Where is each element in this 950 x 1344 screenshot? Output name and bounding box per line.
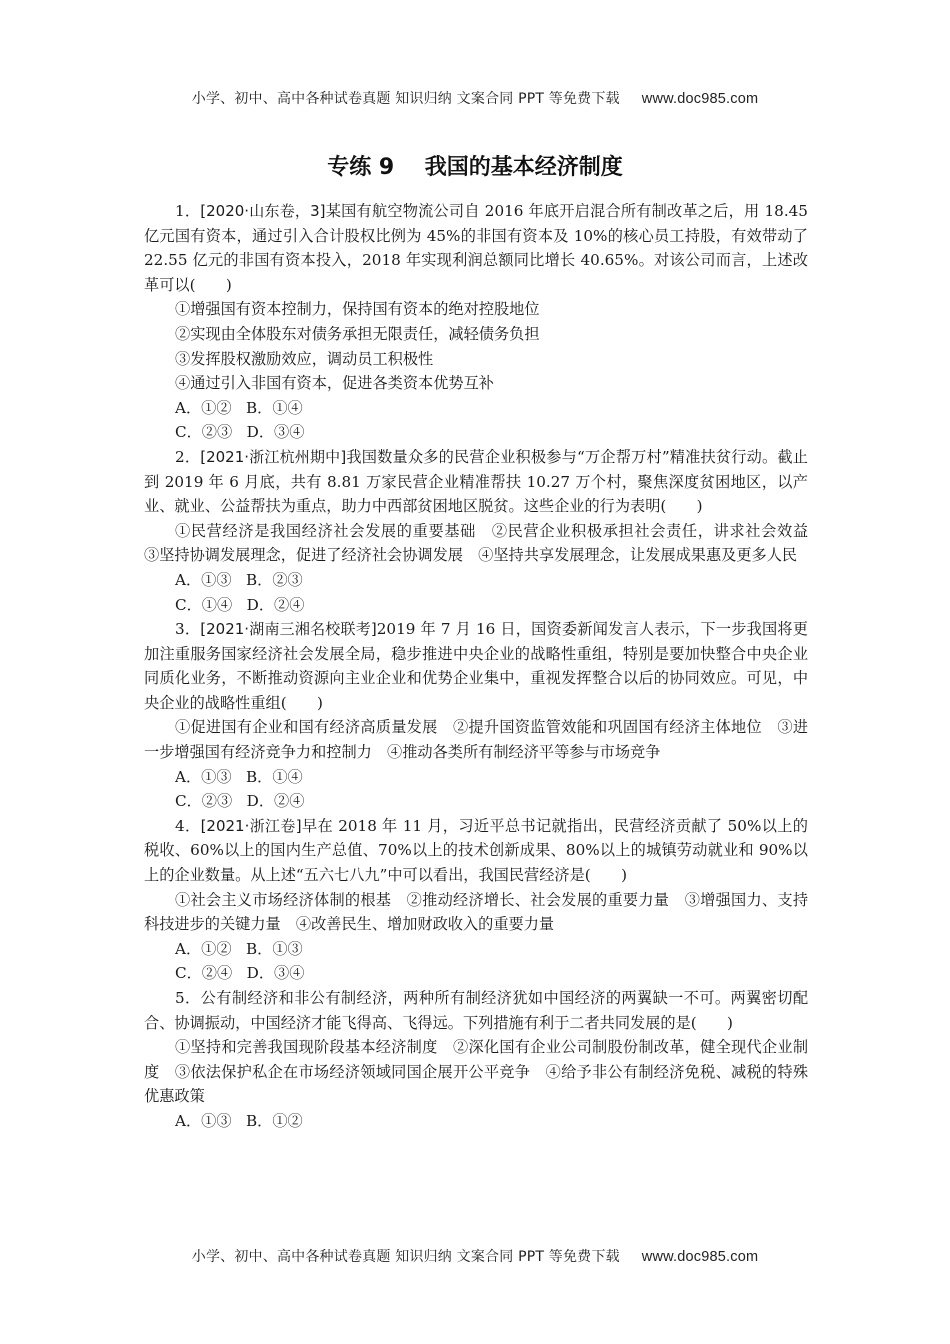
answer-choices-row: A．①③ B．①② (144, 1109, 808, 1134)
question-stem: 5．公有制经济和非公有制经济，两种所有制经济犹如中国经济的两翼缺一不可。两翼密切… (144, 986, 808, 1035)
question-source: [2020·山东卷，3] (200, 202, 325, 220)
question-2: 2．[2021·浙江杭州期中]我国数量众多的民营企业积极参与“万企帮万村”精准扶… (144, 445, 808, 617)
question-stem: 4．[2021·浙江卷]早在 2018 年 11 月，习近平总书记就指出，民营经… (144, 814, 808, 888)
question-text: 公有制经济和非公有制经济，两种所有制经济犹如中国经济的两翼缺一不可。两翼密切配合… (144, 989, 808, 1032)
question-number: 4． (175, 817, 201, 835)
question-number: 5． (175, 989, 201, 1007)
question-source: [2021·浙江卷] (201, 817, 302, 835)
question-source: [2021·湖南三湘名校联考] (200, 620, 377, 638)
question-4: 4．[2021·浙江卷]早在 2018 年 11 月，习近平总书记就指出，民营经… (144, 814, 808, 986)
option-statement: ①增强国有资本控制力，保持国有资本的绝对控股地位 (144, 297, 808, 322)
answer-choices-row: A．①③ B．②③ (144, 568, 808, 593)
question-1: 1．[2020·山东卷，3]某国有航空物流公司自 2016 年底开启混合所有制改… (144, 199, 808, 445)
question-stem: 2．[2021·浙江杭州期中]我国数量众多的民营企业积极参与“万企帮万村”精准扶… (144, 445, 808, 519)
document-body: 1．[2020·山东卷，3]某国有航空物流公司自 2016 年底开启混合所有制改… (144, 199, 808, 1134)
footer-banner-text: 小学、初中、高中各种试卷真题 知识归纳 文案合同 PPT 等免费下载 (192, 1249, 620, 1265)
answer-choices-row: A．①② B．①④ (144, 396, 808, 421)
option-statement: ③发挥股权激励效应，调动员工积极性 (144, 347, 808, 372)
question-number: 3． (175, 620, 200, 638)
answer-choices-row: C．①④ D．②④ (144, 593, 808, 618)
page-title: 专练 9 我国的基本经济制度 (0, 150, 950, 181)
option-statement: ④通过引入非国有资本，促进各类资本优势互补 (144, 371, 808, 396)
answer-choices-row: C．②④ D．③④ (144, 961, 808, 986)
question-source: [2021·浙江杭州期中] (200, 448, 346, 466)
question-5: 5．公有制经济和非公有制经济，两种所有制经济犹如中国经济的两翼缺一不可。两翼密切… (144, 986, 808, 1134)
answer-choices-row: A．①② B．①③ (144, 937, 808, 962)
answer-choices-row: C．②③ D．③④ (144, 420, 808, 445)
header-banner-url[interactable]: www.doc985.com (642, 91, 758, 107)
option-statements: ①社会主义市场经济体制的根基 ②推动经济增长、社会发展的重要力量 ③增强国力、支… (144, 888, 808, 937)
question-number: 2． (175, 448, 200, 466)
header-banner: 小学、初中、高中各种试卷真题 知识归纳 文案合同 PPT 等免费下载www.do… (0, 88, 950, 108)
option-statement: ②实现由全体股东对债务承担无限责任，减轻债务负担 (144, 322, 808, 347)
header-banner-text: 小学、初中、高中各种试卷真题 知识归纳 文案合同 PPT 等免费下载 (192, 91, 620, 107)
answer-choices-row: C．②③ D．②④ (144, 789, 808, 814)
option-statements: ①民营经济是我国经济社会发展的重要基础 ②民营企业积极承担社会责任，讲求社会效益… (144, 519, 808, 568)
option-statements: ①促进国有企业和国有经济高质量发展 ②提升国资监管效能和巩固国有经济主体地位 ③… (144, 715, 808, 764)
footer-banner: 小学、初中、高中各种试卷真题 知识归纳 文案合同 PPT 等免费下载www.do… (0, 1246, 950, 1266)
question-stem: 1．[2020·山东卷，3]某国有航空物流公司自 2016 年底开启混合所有制改… (144, 199, 808, 297)
question-3: 3．[2021·湖南三湘名校联考]2019 年 7 月 16 日，国资委新闻发言… (144, 617, 808, 814)
footer-banner-url[interactable]: www.doc985.com (642, 1249, 758, 1265)
option-statements: ①坚持和完善我国现阶段基本经济制度 ②深化国有企业公司制股份制改革，健全现代企业… (144, 1035, 808, 1109)
question-number: 1． (175, 202, 200, 220)
answer-choices-row: A．①③ B．①④ (144, 765, 808, 790)
question-stem: 3．[2021·湖南三湘名校联考]2019 年 7 月 16 日，国资委新闻发言… (144, 617, 808, 715)
